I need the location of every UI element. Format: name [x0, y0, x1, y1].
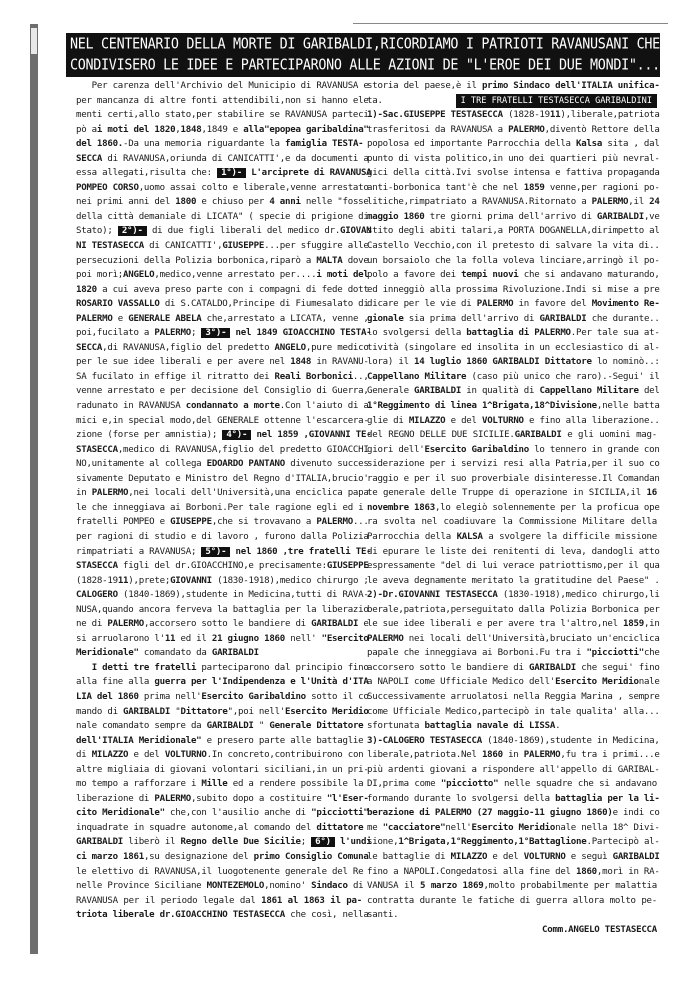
right-text-line: VANUSA il 5 marzo 1869,molto probabilmen…	[367, 879, 657, 894]
right-text-line: formando durante lo svolgersi della batt…	[367, 792, 657, 807]
left-text-line: nei primi anni del 1800 e chiuso per 4 a…	[76, 195, 362, 210]
right-text-line: Parrocchia della KALSA a svolgere la dif…	[367, 530, 657, 545]
numbered-point-label: 4°)-	[222, 430, 251, 440]
left-text-line: NO,unitamente al collega EDOARDO PANTANO…	[76, 457, 362, 472]
left-text-line: sivamente Deputato e Ministro del Regno …	[76, 472, 362, 487]
right-intro-line: storia del paese,è il primo Sindaco dell…	[367, 79, 657, 94]
left-text-line: venne arrestato e per decisione del Cons…	[76, 384, 362, 399]
left-text-line: ne di PALERMO,accorsero sotto le bandier…	[76, 617, 362, 632]
left-text-line: zione (forse per amnistia); 4°)- nel 185…	[76, 428, 362, 443]
left-text-line: alla fine alla guerra per l'Indipendenza…	[76, 675, 362, 690]
right-text-line: te generale delle Truppe di operazione i…	[367, 486, 657, 501]
right-text-line: a NAPOLI come Ufficiale Medico dell'Eser…	[367, 675, 657, 690]
scan-left-edge	[30, 24, 38, 954]
right-text-line: tività (singolare ed insolita in un eccl…	[367, 341, 657, 356]
right-text-line: Generale GARIBALDI in qualità di Cappell…	[367, 384, 657, 399]
left-text-line: in PALERMO,nei locali dell'Università,un…	[76, 486, 362, 501]
right-text-line: stito degli abiti talari,a PORTA DOGANEL…	[367, 224, 657, 239]
left-text-line: essa allegati,risulta che: 1°)- L'arcipr…	[76, 166, 362, 181]
right-text-line: contratta durante le fatiche di guerra a…	[367, 894, 657, 909]
left-text-line: ci marzo 1861,su designazione del primo …	[76, 850, 362, 865]
right-text-line: lo svolgersi della battaglia di PALERMO.…	[367, 326, 657, 341]
right-text-line: me "cacciatore"nell'Esercito Meridionale…	[367, 821, 657, 836]
scan-edge-mark	[31, 28, 37, 54]
left-text-line: le elettivo di RAVANUSA,il luogotenente …	[76, 865, 362, 880]
right-column: storia del paese,è il primo Sindaco dell…	[367, 79, 657, 937]
right-text-line: litiche,rimpatriato a RAVANUSA.Ritornato…	[367, 195, 657, 210]
left-text-line: I detti tre fratelli parteciparono dal p…	[76, 661, 362, 676]
right-text-line: più ardenti giovani a rispondere all'app…	[367, 763, 657, 778]
right-text-line: gici della città.Ivi svolse intensa e fa…	[367, 166, 657, 181]
left-text-line: poi,fucilato a PALERMO; 3°)- nel 1849 GI…	[76, 326, 362, 341]
left-text-line: altre migliaia di giovani volontari sici…	[76, 763, 362, 778]
left-text-line: POMPEO CORSO,uomo assai colto e liberale…	[76, 181, 362, 196]
left-text-line: per mancanza di altre fonti attendibili,…	[76, 94, 362, 109]
left-text-line: persecuzioni della Polizia borbonica,rip…	[76, 254, 362, 269]
numbered-point-label: 6°)	[311, 837, 335, 847]
headline-line-1: NEL CENTENARIO DELLA MORTE DI GARIBALDI,…	[70, 33, 656, 56]
scan-top-rule	[353, 23, 668, 24]
left-text-line: CALOGERO (1840-1869),studente in Medicin…	[76, 588, 362, 603]
right-text-line: Castello Vecchio,con il pretesto di salv…	[367, 239, 657, 254]
right-text-line: raggio e per il suo proverbiale disinter…	[367, 472, 657, 487]
left-text-line: per le sue idee liberali e per avere nel…	[76, 355, 362, 370]
right-text-line: sione,1^Brigata,1°Reggimento,1°Battaglio…	[367, 835, 657, 850]
right-text-line: popolosa ed importante Parrocchia della …	[367, 137, 657, 152]
left-text-line: radunato in RAVANUSA condannato a morte.…	[76, 399, 362, 414]
left-text-line: NUSA,quando ancora ferveva la battaglia …	[76, 603, 362, 618]
right-text-line: novembre 1863,lo elegiò solennemente per…	[367, 501, 657, 516]
left-text-line: fratelli POMPEO e GIUSEPPE,che si trovav…	[76, 515, 362, 530]
numbered-point-label: 5°)-	[201, 547, 230, 557]
right-text-line: papale che inneggiava ai Borboni.Fu tra …	[367, 646, 657, 661]
right-intro-line-with-heading: ta. I TRE FRATELLI TESTASECCA GARIBALDIN…	[367, 94, 657, 109]
left-text-line: triota liberale dr.GIOACCHINO TESTASECCA…	[76, 908, 362, 923]
right-text-line: accorsero sotto le bandiere di GARIBALDI…	[367, 661, 657, 676]
right-text-line: ed inneggiò alla prossima Rivoluzione.In…	[367, 283, 657, 298]
right-text-line: santi.	[367, 908, 657, 923]
numbered-point-label: 1°)-	[217, 168, 246, 178]
right-text-line: Successivamente arruolatosi nella Reggia…	[367, 690, 657, 705]
left-text-line: SA fucilato in effige il ritratto dei Re…	[76, 370, 362, 385]
left-text-line: della città demaniale di LICATA" ( speci…	[76, 210, 362, 225]
left-text-line: dell'ITALIA Meridionale" e presero parte…	[76, 734, 362, 749]
right-text-line: berazione di PALERMO (27 maggio-11 giugn…	[367, 806, 657, 821]
right-text-line: punto di vista politico,in uno dei quart…	[367, 152, 657, 167]
left-text-line: Per carenza dell'Archivio del Municipio …	[76, 79, 362, 94]
section-heading-three-brothers: I TRE FRATELLI TESTASECCA GARIBALDINI	[456, 94, 657, 109]
left-text-line: RAVANUSA per il periodo legale dal 1861 …	[76, 894, 362, 909]
right-text-line: trasferitosi da RAVANUSA a PALERMO,diven…	[367, 123, 657, 138]
right-text-line: espressamente "del di lui verace patriot…	[367, 559, 657, 574]
right-text-line: di epurare le liste dei renitenti di lev…	[367, 545, 657, 560]
right-text-line: ra svolta nel coadiuvare la Commissione …	[367, 515, 657, 530]
numbered-point-label: 2°)-	[118, 226, 147, 236]
left-text-line: PALERMO e GENERALE ABELA che,arrestato a…	[76, 312, 362, 327]
numbered-point-label: 3°)-	[201, 328, 230, 338]
left-text-line: mo tempo a rafforzare i Mille ed a rende…	[76, 777, 362, 792]
right-text-line: glie di MILAZZO e del VOLTURNO e fino al…	[367, 414, 657, 429]
right-text-line: le sue idee liberali e per avere tra l'a…	[367, 617, 657, 632]
right-text-line: giori dell'Esercito Garibaldino lo tenne…	[367, 443, 657, 458]
left-text-line: (1828-1911),prete;GIOVANNI (1830-1918),m…	[76, 574, 362, 589]
headline-line-2: CONDIVISERO LE IDEE E PARTECIPARONO ALLE…	[70, 54, 656, 77]
left-text-line: nelle Province Siciliane MONTEZEMOLO,nom…	[76, 879, 362, 894]
right-body: 1)-Sac.GIUSEPPE TESTASECCA (1828-1911),l…	[367, 108, 657, 923]
right-text-line: maggio 1860 tre giorni prima dell'arrivo…	[367, 210, 657, 225]
right-text-line: berale,patriota,perseguitato dalla Poliz…	[367, 603, 657, 618]
left-text-line: STASECCA figli del dr.GIOACCHINO,e preci…	[76, 559, 362, 574]
right-text-line: siderazione per i servizi resi alla Patr…	[367, 457, 657, 472]
right-text-line: gionale sia prima dell'arrivo di GARIBAL…	[367, 312, 657, 327]
right-text-line: DI,prima come "picciotto" nelle squadre …	[367, 777, 657, 792]
right-text-line: 1°Reggimento di linea 1^Brigata,18^Divis…	[367, 399, 657, 414]
left-text-line: NI TESTASECCA di CANICATTI',GIUSEPPE...p…	[76, 239, 362, 254]
left-text-line: di MILAZZO e del VOLTURNO.In concreto,co…	[76, 748, 362, 763]
left-column: Per carenza dell'Archivio del Municipio …	[76, 79, 362, 923]
left-text-line: si arruolarono l'11 ed il 21 giugno 1860…	[76, 632, 362, 647]
right-text-line: anti-borbonica tant'è che nel 1859 venne…	[367, 181, 657, 196]
left-text-line: SECCA,di RAVANUSA,figlio del predetto AN…	[76, 341, 362, 356]
left-text-line: liberazione di PALERMO,subito dopo a cos…	[76, 792, 362, 807]
left-text-line: Meridionale" comandato da GARIBALDI	[76, 646, 362, 661]
left-text-line: inquadrate in squadre autonome,al comand…	[76, 821, 362, 836]
right-text-line: dicare per le vie di PALERMO in favore d…	[367, 297, 657, 312]
left-text-line: mando di GARIBALDI "Dittatore",poi nell'…	[76, 705, 362, 720]
right-text-line: liberale,patriota.Nel 1860 in PALERMO,fu…	[367, 748, 657, 763]
author-signature: Comm.ANGELO TESTASECCA	[367, 923, 657, 938]
left-text-line: ROSARIO VASSALLO di S.CATALDO,Principe d…	[76, 297, 362, 312]
right-text-line: 3)-CALOGERO TESTASECCA (1840-1869),stude…	[367, 734, 657, 749]
right-intro-tail: ta.	[367, 96, 383, 106]
right-text-line: 2)-Dr.GIOVANNI TESTASECCA (1830-1918),me…	[367, 588, 657, 603]
left-text-line: Stato); 2°)- di due figli liberali del m…	[76, 224, 362, 239]
right-text-line: 1)-Sac.GIUSEPPE TESTASECCA (1828-1911),l…	[367, 108, 657, 123]
right-text-line: polo a favore dei tempi nuovi che si and…	[367, 268, 657, 283]
left-text-line: rimpatriati a RAVANUSA; 5°)- nel 1860 ,t…	[76, 545, 362, 560]
left-text-line: STASECCA,medico di RAVANUSA,figlio del p…	[76, 443, 362, 458]
left-text-line: poi morì;ANGELO,medico,venne arrestato p…	[76, 268, 362, 283]
left-text-line: del 1860.-Da una memoria riguardante la …	[76, 137, 362, 152]
right-text-line: del REGNO DELLE DUE SICILIE.GARIBALDI e …	[367, 428, 657, 443]
right-text-line: le battaglie di MILAZZO e del VOLTURNO e…	[367, 850, 657, 865]
left-text-line: nale comandato sempre da GARIBALDI " Gen…	[76, 719, 362, 734]
left-text-line: LIA del 1860 prima nell'Esercito Garibal…	[76, 690, 362, 705]
left-text-line: per ragioni di studio e di lavoro , furo…	[76, 530, 362, 545]
left-text-line: le che inneggiava ai Borboni.Per tale ra…	[76, 501, 362, 516]
headline-banner: NEL CENTENARIO DELLA MORTE DI GARIBALDI,…	[66, 33, 660, 77]
left-text-line: GARIBALDI liberò il Regno delle Due Sici…	[76, 835, 362, 850]
right-text-line: fino a NAPOLI.Congedatosi alla fine del …	[367, 865, 657, 880]
right-text-line: un borsaiolo che la folla voleva linciar…	[367, 254, 657, 269]
right-text-line: come Ufficiale Medico,partecipò in tale …	[367, 705, 657, 720]
left-text-line: mici e,in special modo,del GENERALE otte…	[76, 414, 362, 429]
right-text-line: Cappellano Militare (caso più unico che …	[367, 370, 657, 385]
right-text-line: le aveva degnamente meritato la gratitud…	[367, 574, 657, 589]
left-text-line: menti certi,allo stato,per stabilire se …	[76, 108, 362, 123]
left-text-line: cito Meridionale" che,con l'ausilio anch…	[76, 806, 362, 821]
right-text-line: PALERMO nei locali dell'Università,bruci…	[367, 632, 657, 647]
left-text-line: pò ai moti del 1820,1848,1849 e alla"epo…	[76, 123, 362, 138]
right-text-line: sfortunata battaglia navale di LISSA.	[367, 719, 657, 734]
right-text-line: lora) il 14 luglio 1860 GARIBALDI Dittat…	[367, 355, 657, 370]
left-text-line: 1820 a cui aveva preso parte con i compa…	[76, 283, 362, 298]
left-text-line: SECCA di RAVANUSA,oriunda di CANICATTI',…	[76, 152, 362, 167]
